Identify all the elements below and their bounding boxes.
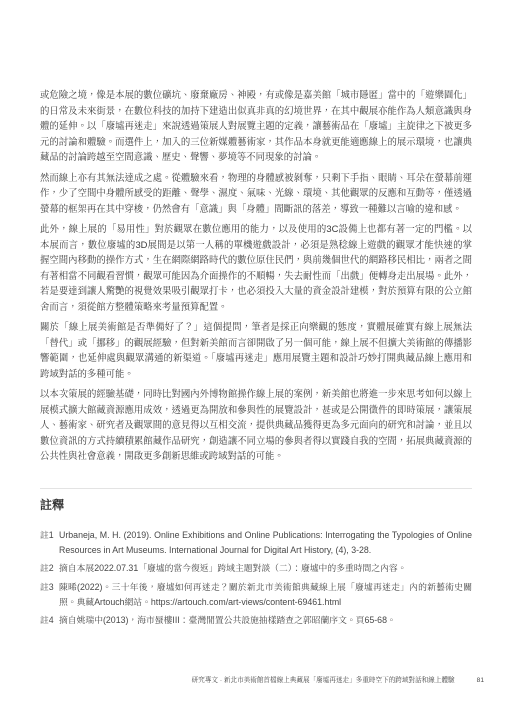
note-text: 摘自姚瑞中(2013)，海市蜃樓III：臺灣閒置公共設施抽樣踏查之郭昭蘭序文。頁… (59, 613, 472, 628)
notes-divider (40, 488, 472, 489)
note-label: 註1 (40, 528, 59, 558)
note-item: 註1 Urbaneja, M. H. (2019). Online Exhibi… (40, 528, 472, 558)
footer-page-number: 81 (477, 677, 484, 684)
note-text: 摘自本展2022.07.31「廢墟的當今復返」跨域主題對談（二）：廢墟中的多重時… (59, 561, 472, 576)
note-label: 註2 (40, 561, 59, 576)
paragraph: 或危險之境，像是本展的數位礦坑、廢棄廠房、神殿，有或像是嘉美館「城市隱匿」當中的… (40, 87, 472, 165)
note-label: 註4 (40, 613, 59, 628)
paragraph: 關於「線上展美術館是否準備好了？」這個提問，筆者是採正向樂觀的態度，實體展確實有… (40, 319, 472, 381)
note-item: 註4 摘自姚瑞中(2013)，海市蜃樓III：臺灣閒置公共設施抽樣踏查之郭昭蘭序… (40, 613, 472, 628)
note-text: Urbaneja, M. H. (2019). Online Exhibitio… (59, 528, 472, 558)
page-footer: 研究專文 · 新北市美術館首檔線上典藏展「廢墟再迷走」多重時空下的跨域對話和線上… (40, 674, 484, 684)
body-text: 或危險之境，像是本展的數位礦坑、廢棄廠房、神殿，有或像是嘉美館「城市隱匿」當中的… (40, 87, 472, 469)
document-page: 或危險之境，像是本展的數位礦坑、廢棄廠房、神殿，有或像是嘉美館「城市隱匿」當中的… (0, 0, 512, 724)
note-text: 陳晞(2022)。三十年後，廢墟如何再迷走？關於新北市美術館典藏線上展「廢墟再迷… (59, 580, 472, 610)
note-url-link[interactable]: https://artouch.com/art-views/content-69… (151, 597, 341, 607)
notes-heading: 註釋 (40, 496, 472, 513)
notes-section: 註釋 註1 Urbaneja, M. H. (2019). Online Exh… (40, 488, 472, 631)
paragraph: 以本次策展的經驗基礎，同時比對國內外博物館操作線上展的案例，新美館也將進一步來思… (40, 386, 472, 464)
note-item: 註2 摘自本展2022.07.31「廢墟的當今復返」跨域主題對談（二）：廢墟中的… (40, 561, 472, 576)
note-item: 註3 陳晞(2022)。三十年後，廢墟如何再迷走？關於新北市美術館典藏線上展「廢… (40, 580, 472, 610)
note-label: 註3 (40, 580, 59, 610)
footer-running-title: 研究專文 · 新北市美術館首檔線上典藏展「廢墟再迷走」多重時空下的跨域對話和線上… (192, 674, 455, 684)
paragraph: 然而線上亦有其無法達成之處。從體驗來看，物理的身體感被剝奪，只剩下手指、眼睛、耳… (40, 170, 472, 217)
paragraph: 此外，線上展的「易用性」對於觀眾在數位應用的能力，以及使用的3C設備上也都有著一… (40, 221, 472, 314)
